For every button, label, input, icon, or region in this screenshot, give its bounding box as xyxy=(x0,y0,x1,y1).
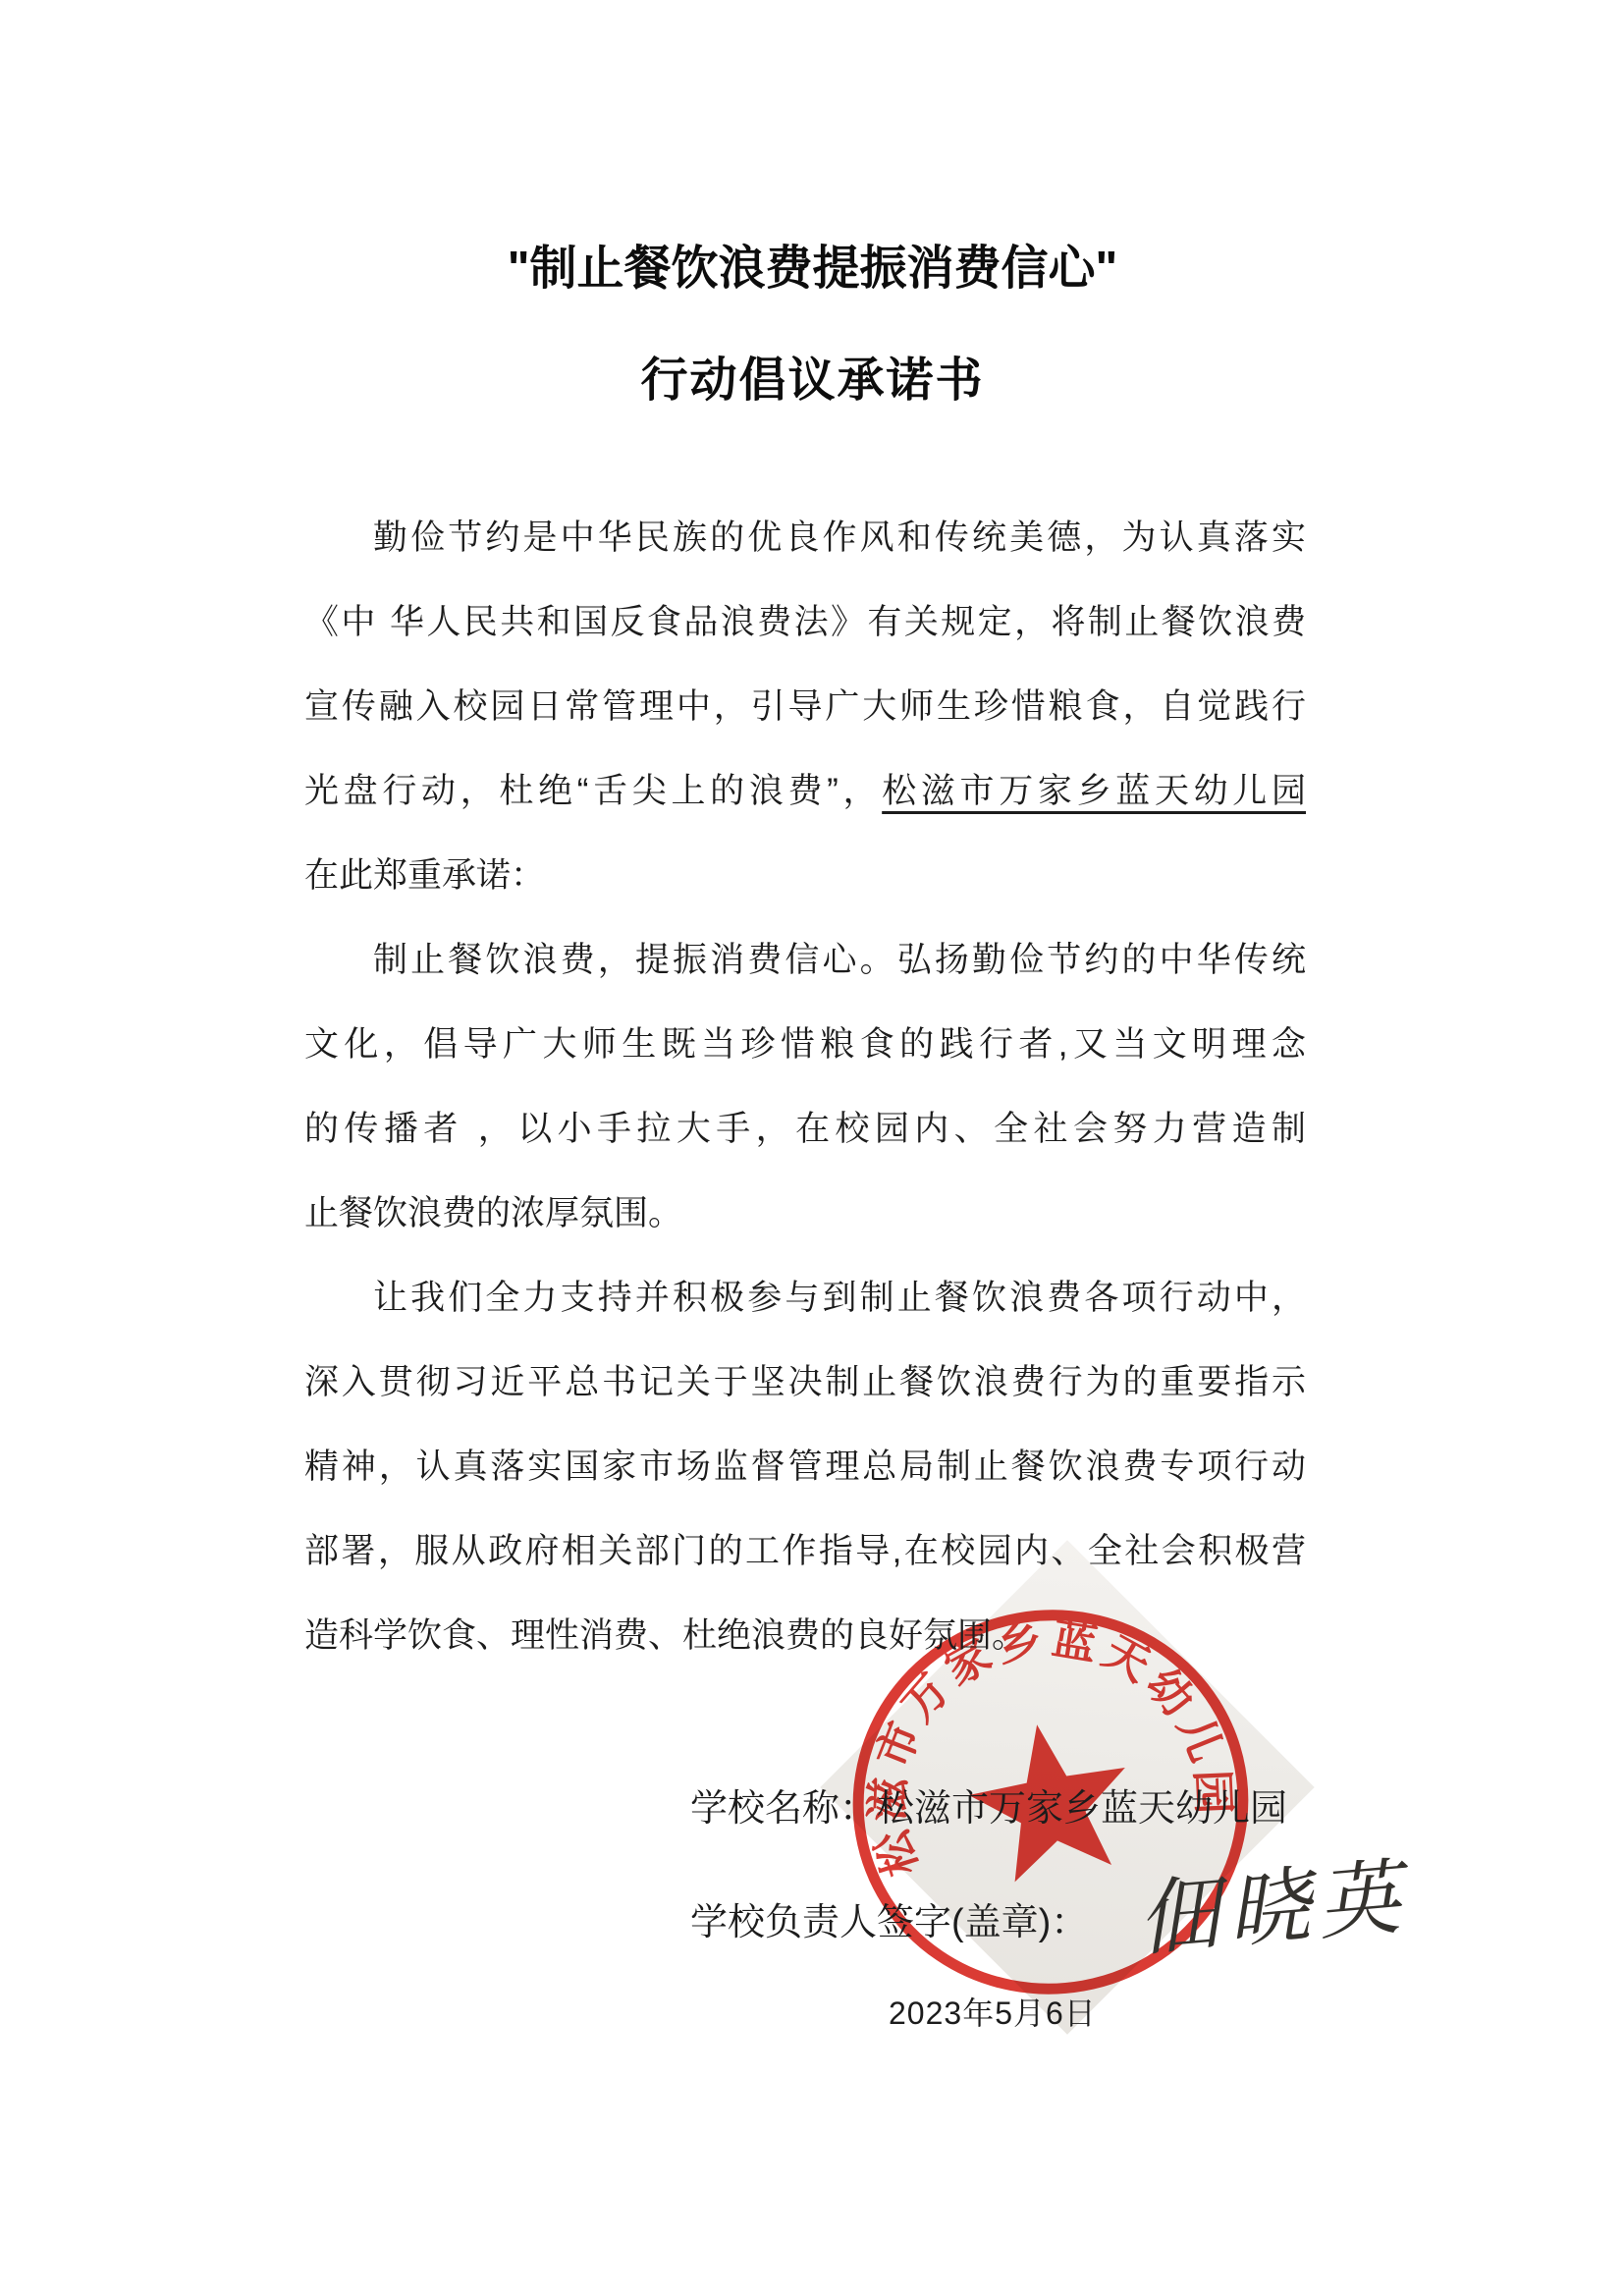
body-line: 《中 华人民共和国反食品浪费法》有关规定，将制止餐饮浪费 xyxy=(304,580,1306,665)
body-line: 宣传融入校园日常管理中，引导广大师生珍惜粮食，自觉践行 xyxy=(304,665,1306,749)
body-line: 文化，倡导广大师生既当珍惜粮食的践行者,又当文明理念 xyxy=(304,1003,1306,1087)
body-line: 制止餐饮浪费，提振消费信心。弘扬勤俭节约的中华传统 xyxy=(304,918,1306,1003)
document-page: "制止餐饮浪费提振消费信心" 行动倡议承诺书 勤俭节约是中华民族的优良作风和传统… xyxy=(0,0,1624,2296)
body-line: 深入贯彻习近平总书记关于坚决制止餐饮浪费行为的重要指示 xyxy=(304,1340,1306,1425)
school-name-label: 学校名称：松滋市万家乡蓝天幼儿园 xyxy=(690,1787,1287,1831)
body-line: 光盘行动，杜绝“舌尖上的浪费”，松滋市万家乡蓝天幼儿园 xyxy=(304,749,1306,834)
body-line: 精神，认真落实国家市场监督管理总局制止餐饮浪费专项行动 xyxy=(304,1425,1306,1509)
body-line-text: 光盘行动，杜绝“舌尖上的浪费”， xyxy=(304,772,882,810)
document-body: 勤俭节约是中华民族的优良作风和传统美德，为认真落实 《中 华人民共和国反食品浪费… xyxy=(304,496,1306,1678)
date-line: 2023年5月6日 xyxy=(889,1994,1097,2033)
document-title-line-1: "制止餐饮浪费提振消费信心" xyxy=(25,234,1600,304)
signer-label: 学校负责人签字(盖章)： xyxy=(690,1901,1088,1944)
body-line: 勤俭节约是中华民族的优良作风和传统美德，为认真落实 xyxy=(304,496,1306,580)
body-line: 部署，服从政府相关部门的工作指导,在校园内、全社会积极营 xyxy=(304,1509,1306,1594)
body-line: 在此郑重承诺： xyxy=(304,834,1306,918)
document-title-line-2: 行动倡议承诺书 xyxy=(25,346,1600,416)
school-name-underlined: 松滋市万家乡蓝天幼儿园 xyxy=(882,772,1306,810)
body-line: 造科学饮食、理性消费、杜绝浪费的良好氛围。 xyxy=(304,1594,1306,1678)
body-line: 让我们全力支持并积极参与到制止餐饮浪费各项行动中， xyxy=(304,1256,1306,1340)
body-line: 的传播者 ，以小手拉大手，在校园内、全社会努力营造制 xyxy=(304,1087,1306,1172)
body-line: 止餐饮浪费的浓厚氛围。 xyxy=(304,1172,1306,1256)
